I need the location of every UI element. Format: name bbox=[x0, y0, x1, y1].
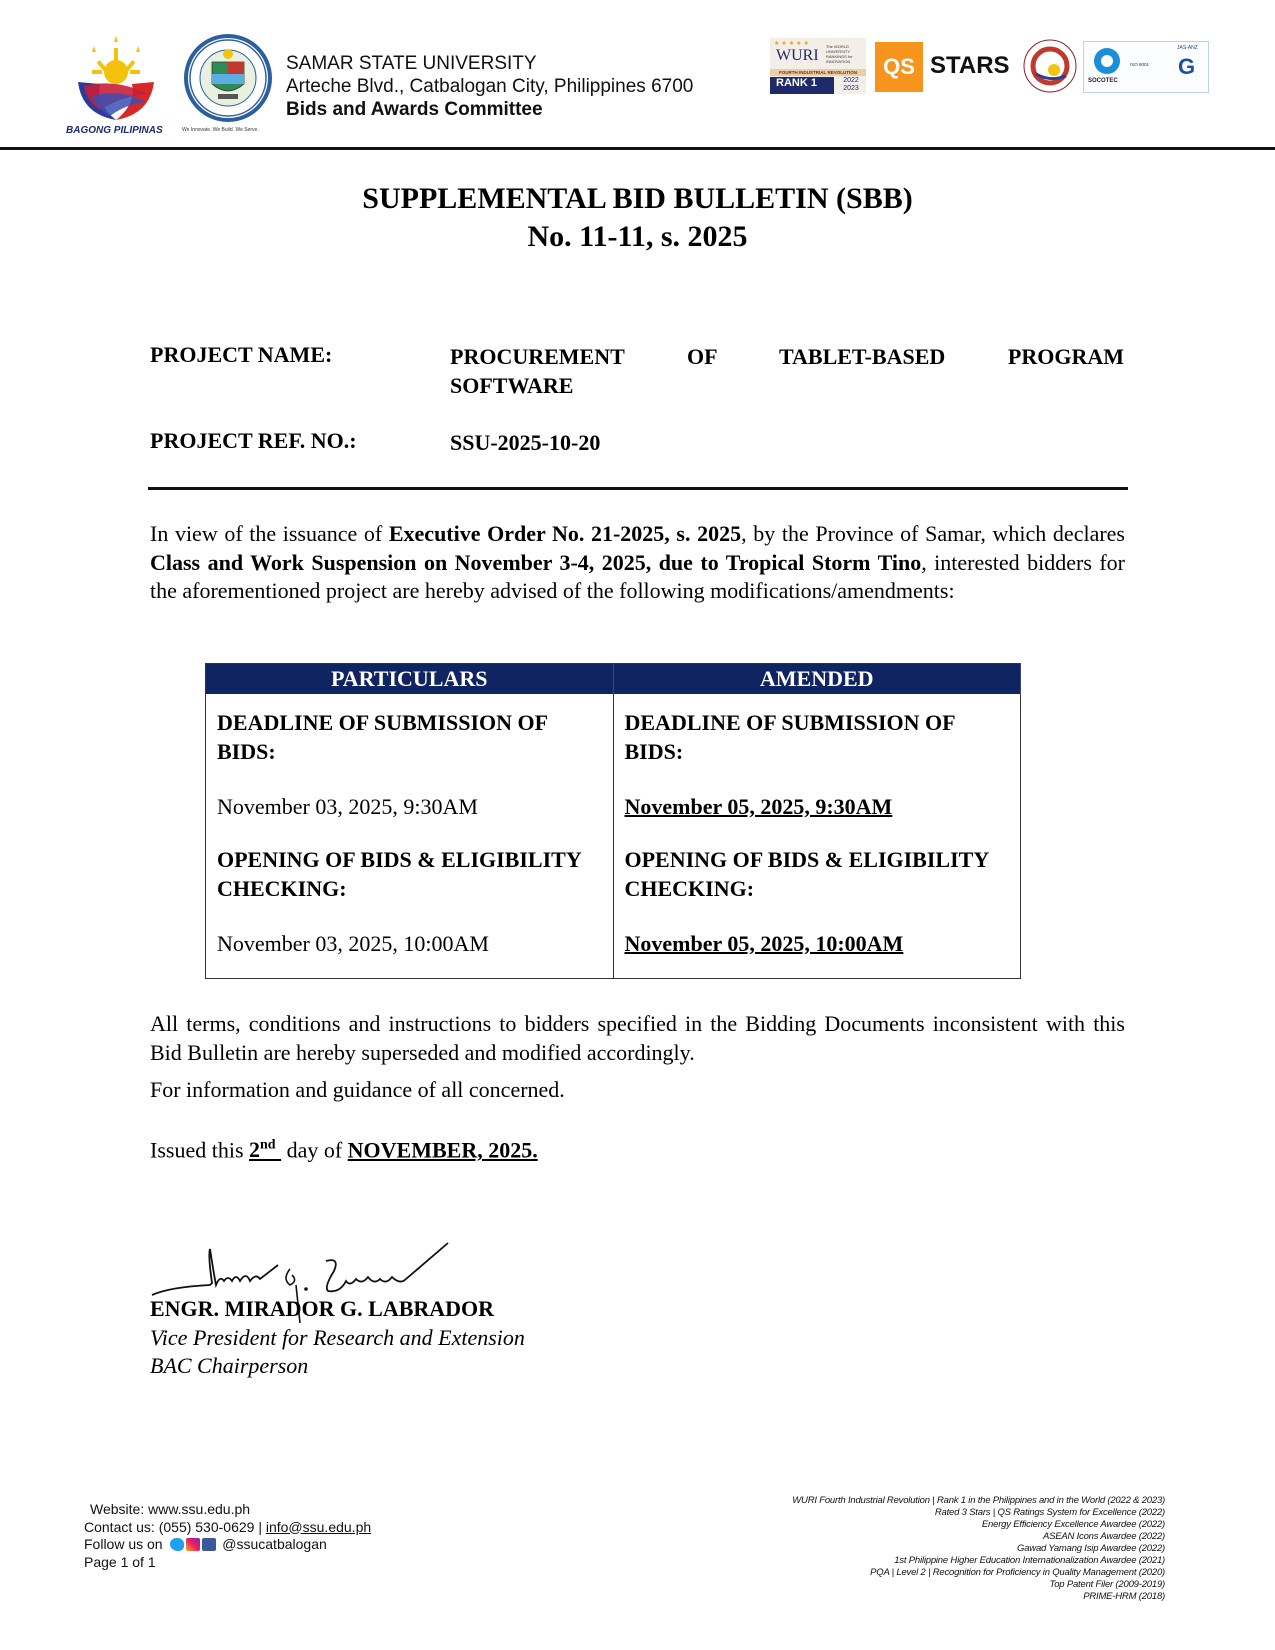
intro-text-1: In view of the issuance of bbox=[150, 521, 389, 546]
university-name: SAMAR STATE UNIVERSITY bbox=[286, 52, 693, 75]
award-item: PRIME-HRM (2018) bbox=[745, 1591, 1165, 1603]
award-item: PQA | Level 2 | Recognition for Proficie… bbox=[745, 1567, 1165, 1579]
facebook-icon[interactable] bbox=[202, 1538, 216, 1551]
particulars-cell: DEADLINE OF SUBMISSION OF BIDS: November… bbox=[206, 694, 614, 979]
twitter-icon[interactable] bbox=[170, 1538, 184, 1551]
footer-website[interactable]: Website: www.ssu.edu.ph bbox=[84, 1501, 371, 1519]
deadline-label: DEADLINE OF SUBMISSION OF BIDS: bbox=[217, 708, 602, 766]
footer-follow-line: Follow us on @ssucatbalogan bbox=[84, 1536, 371, 1554]
qs-stars-text: STARS bbox=[930, 52, 1010, 80]
qs-stars-logo: QS STARS bbox=[875, 42, 1009, 94]
issued-mid: day of bbox=[281, 1137, 348, 1162]
opening-label: OPENING OF BIDS & ELIGIBILITY CHECKING: bbox=[217, 845, 602, 903]
instagram-icon[interactable] bbox=[186, 1538, 200, 1551]
guidance-paragraph: For information and guidance of all conc… bbox=[150, 1076, 1125, 1105]
ssu-tagline: We Innovate. We Build. We Serve. bbox=[182, 127, 259, 133]
amended-opening: November 05, 2025, 10:00AM bbox=[625, 929, 1010, 958]
header-divider bbox=[0, 147, 1275, 150]
award-item: Energy Efficiency Excellence Awardee (20… bbox=[745, 1519, 1165, 1531]
project-name-line2: SOFTWARE bbox=[450, 371, 1124, 400]
qs-mark: QS bbox=[875, 42, 923, 92]
letterhead-text: SAMAR STATE UNIVERSITY Arteche Blvd., Ca… bbox=[286, 52, 693, 121]
university-address: Arteche Blvd., Catbalogan City, Philippi… bbox=[286, 75, 693, 98]
issued-date: Issued this 2nd day of NOVEMBER, 2025. bbox=[150, 1132, 1125, 1165]
section-divider bbox=[148, 487, 1128, 490]
issued-prefix: Issued this bbox=[150, 1137, 249, 1162]
footer-page-number: Page 1 of 1 bbox=[84, 1554, 371, 1572]
signatory-name: ENGR. MIRADOR G. LABRADOR bbox=[150, 1296, 494, 1322]
wuri-years: 2022 2023 bbox=[838, 77, 864, 93]
footer-follow-label: Follow us on bbox=[84, 1536, 163, 1552]
footer-contact: Website: www.ssu.edu.ph Contact us: (055… bbox=[84, 1501, 371, 1571]
column-header-particulars: PARTICULARS bbox=[206, 664, 614, 695]
footer-awards: WURI Fourth Industrial Revolution | Rank… bbox=[745, 1495, 1165, 1603]
office-name: Bids and Awards Committee bbox=[286, 98, 693, 121]
intro-paragraph: In view of the issuance of Executive Ord… bbox=[150, 520, 1125, 606]
supersede-paragraph: All terms, conditions and instructions t… bbox=[150, 1010, 1125, 1067]
suspension-notice: Class and Work Suspension on November 3-… bbox=[150, 550, 921, 575]
amended-opening-label: OPENING OF BIDS & ELIGIBILITY CHECKING: bbox=[625, 845, 1010, 903]
bagong-pilipinas-logo bbox=[70, 34, 162, 126]
wuri-subtitle: FOURTH INDUSTRIAL REVOLUTION bbox=[770, 69, 866, 76]
footer-email-link[interactable]: info@ssu.edu.ph bbox=[266, 1519, 371, 1535]
column-header-amended: AMENDED bbox=[613, 664, 1021, 695]
document-title: SUPPLEMENTAL BID BULLETIN (SBB) bbox=[0, 180, 1275, 218]
bagong-pilipinas-label: BAGONG PILIPINAS bbox=[66, 125, 163, 136]
project-name-line1: PROCUREMENT OF TABLET-BASED PROGRAM bbox=[450, 342, 1124, 371]
award-item: 1st Philippine Higher Education Internat… bbox=[745, 1555, 1165, 1567]
issued-day-suffix: nd bbox=[260, 1138, 276, 1153]
original-deadline: November 03, 2025, 9:30AM bbox=[217, 792, 602, 821]
project-ref-value: SSU-2025-10-20 bbox=[450, 428, 1124, 457]
original-opening: November 03, 2025, 10:00AM bbox=[217, 929, 602, 958]
award-item: Top Patent Filer (2009-2019) bbox=[745, 1579, 1165, 1591]
project-name-label: PROJECT NAME: bbox=[150, 342, 332, 368]
wuri-rank-badge: ★★★★★ WURI The WORLD UNIVERSITY RANKINGS… bbox=[770, 38, 866, 94]
wuri-rank: RANK 1 bbox=[776, 77, 817, 89]
award-item: WURI Fourth Industrial Revolution | Rank… bbox=[745, 1495, 1165, 1507]
footer-contact-line: Contact us: (055) 530-0629 | info@ssu.ed… bbox=[84, 1519, 371, 1537]
socotec-label: SOCOTEC bbox=[1088, 78, 1118, 84]
award-item: ASEAN Icons Awardee (2022) bbox=[745, 1531, 1165, 1543]
amended-deadline: November 05, 2025, 9:30AM bbox=[625, 792, 1010, 821]
amended-cell: DEADLINE OF SUBMISSION OF BIDS: November… bbox=[613, 694, 1021, 979]
signatory-role: BAC Chairperson bbox=[150, 1353, 308, 1379]
issued-day: 2 bbox=[249, 1137, 260, 1162]
jas-anz-label: JAS-ANZ bbox=[1177, 45, 1198, 51]
intro-text-2: , by the Province of Samar, which declar… bbox=[741, 521, 1125, 546]
table-row: DEADLINE OF SUBMISSION OF BIDS: November… bbox=[206, 694, 1021, 979]
footer-phone: Contact us: (055) 530-0629 | bbox=[84, 1519, 266, 1535]
ssu-seal-logo bbox=[182, 32, 274, 124]
iso-label: ISO 9001 bbox=[1130, 62, 1149, 67]
signatory-position: Vice President for Research and Extensio… bbox=[150, 1325, 525, 1351]
footer-social-handle[interactable]: @ssucatbalogan bbox=[222, 1536, 327, 1552]
amendments-table: PARTICULARS AMENDED DEADLINE OF SUBMISSI… bbox=[205, 663, 1021, 979]
bulletin-number: No. 11-11, s. 2025 bbox=[0, 218, 1275, 256]
pqa-seal-logo bbox=[1022, 38, 1078, 94]
award-item: Rated 3 Stars | QS Ratings System for Ex… bbox=[745, 1507, 1165, 1519]
issued-month: NOVEMBER, 2025. bbox=[348, 1137, 538, 1162]
amended-deadline-label: DEADLINE OF SUBMISSION OF BIDS: bbox=[625, 708, 1010, 766]
award-item: Gawad Yamang Isip Awardee (2022) bbox=[745, 1543, 1165, 1555]
project-ref-label: PROJECT REF. NO.: bbox=[150, 428, 357, 454]
socotec-iso-logo: SOCOTEC ISO 9001 JAS-ANZ G bbox=[1083, 41, 1209, 93]
executive-order-ref: Executive Order No. 21-2025, s. 2025 bbox=[389, 521, 741, 546]
